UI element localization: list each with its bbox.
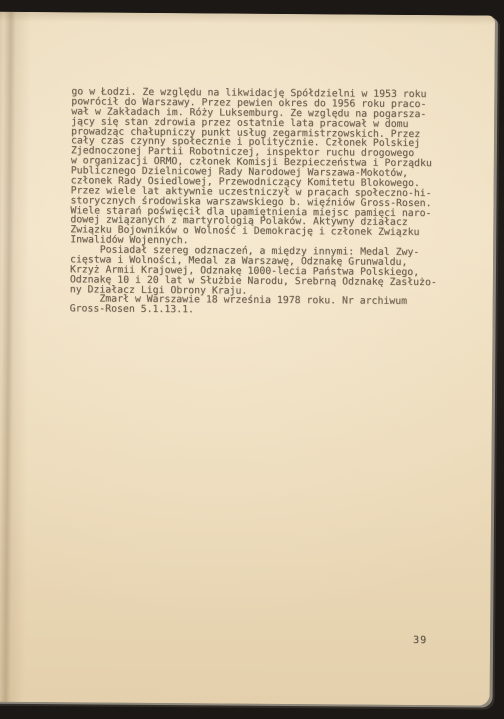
book-scan: go w Łodzi. Ze względu na likwidację Spó… (0, 0, 504, 719)
page-gutter-shadow (0, 12, 31, 702)
page-top-edge-shade (0, 12, 495, 26)
page: go w Łodzi. Ze względu na likwidację Spó… (0, 12, 495, 706)
page-number: 39 (413, 635, 427, 646)
page-body-text: go w Łodzi. Ze względu na likwidację Spó… (70, 87, 439, 317)
